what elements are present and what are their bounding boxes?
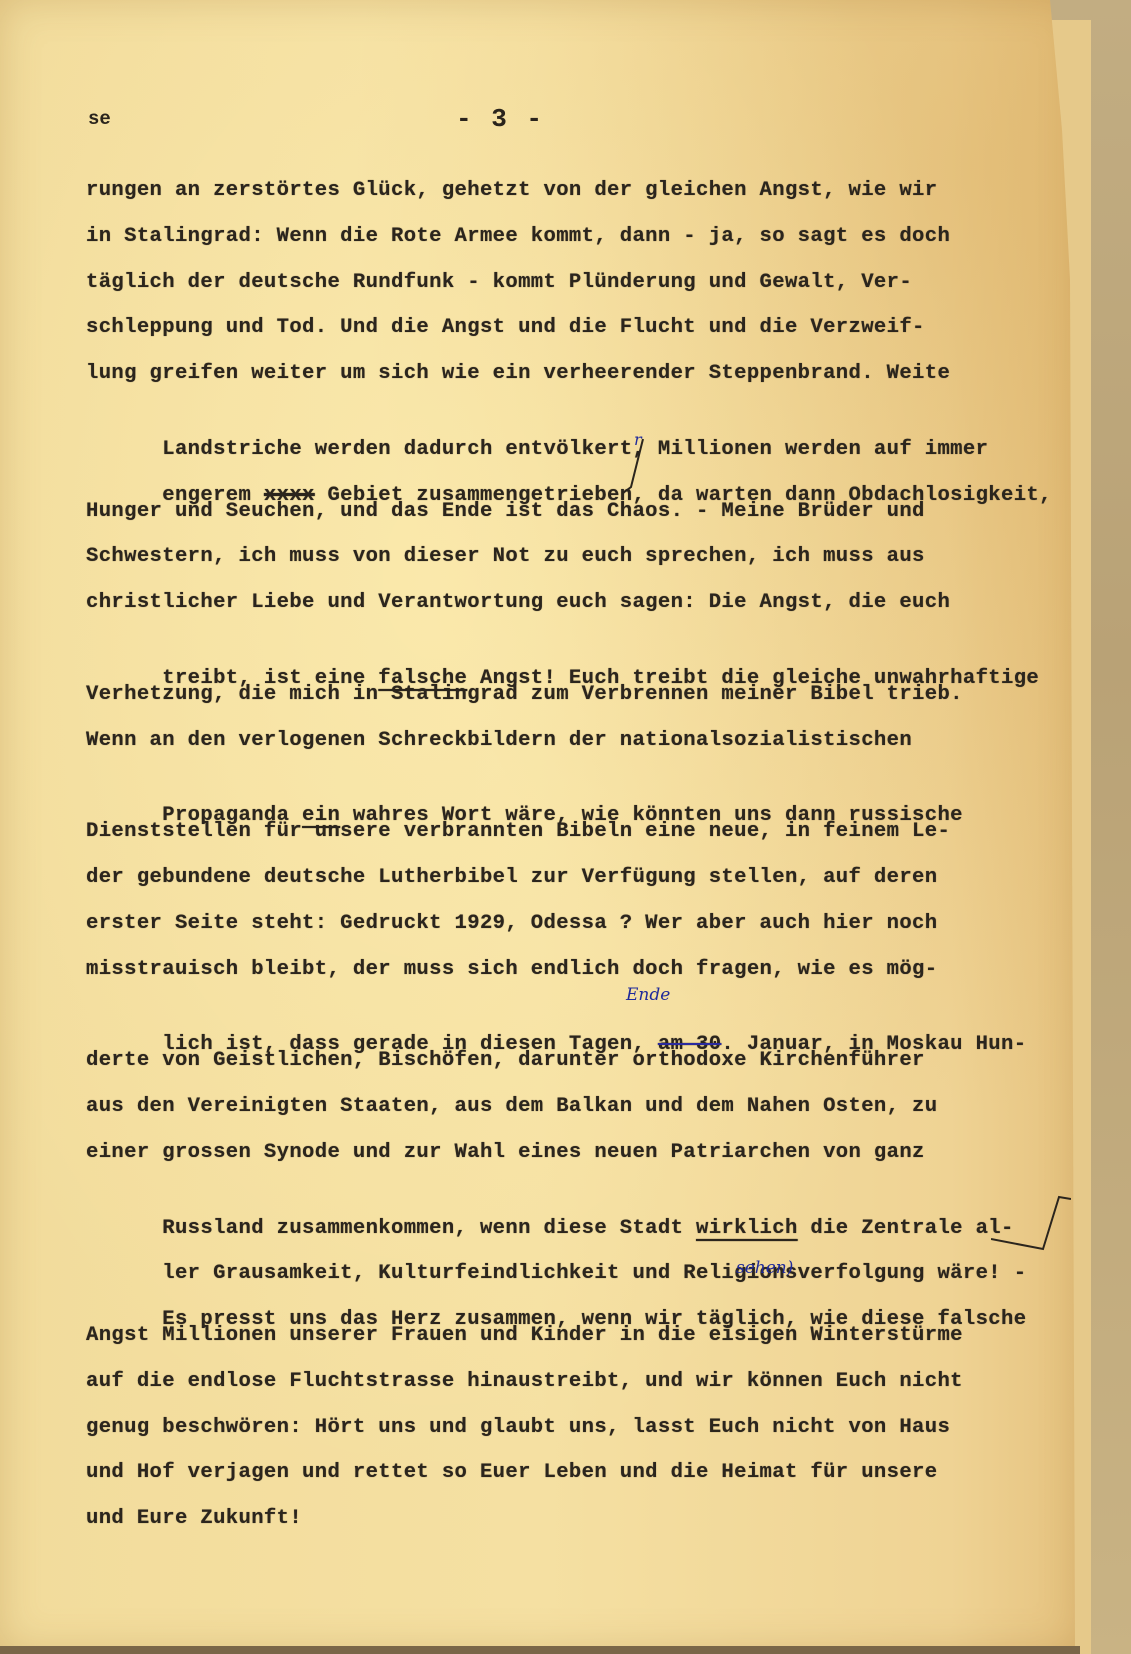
text-line: Schwestern, ich muss von dieser Not zu e… <box>86 542 1006 588</box>
text-line: Es presst uns das Herz zusammen, wenn wi… <box>86 1275 1006 1321</box>
handwritten-insertion-ende: Ende <box>626 980 670 1010</box>
text-line: Dienststellen für unsere verbrannten Bib… <box>86 817 1006 863</box>
text-line: Angst Millionen unserer Frauen und Kinde… <box>86 1321 1006 1367</box>
text-line: misstrauisch bleibt, der muss sich endli… <box>86 955 1006 1001</box>
page-bottom-edge <box>0 1646 1080 1654</box>
text-line: in Stalingrad: Wenn die Rote Armee kommt… <box>86 222 1006 268</box>
text-line: schleppung und Tod. Und die Angst und di… <box>86 313 1006 359</box>
text-line: täglich der deutsche Rundfunk - kommt Pl… <box>86 268 1006 314</box>
text-line: derte von Geistlichen, Bischöfen, darunt… <box>86 1046 1006 1092</box>
text-line: Verhetzung, die mich in Stalingrad zum V… <box>86 680 1006 726</box>
text-line: aus den Vereinigten Staaten, aus dem Bal… <box>86 1092 1006 1138</box>
text-line: einer grossen Synode und zur Wahl eines … <box>86 1138 1006 1184</box>
text-line: ler Grausamkeit, Kulturfeindlichkeit und… <box>86 1229 1006 1275</box>
author-initials: se <box>88 108 111 130</box>
text-line: Landstriche werden dadurch entvölkert, M… <box>86 405 1006 451</box>
text-line: Russland zusammenkommen, wenn diese Stad… <box>86 1184 1006 1230</box>
text-line: genug beschwören: Hört uns und glaubt un… <box>86 1413 1006 1459</box>
text-line: lung greifen weiter um sich wie ein verh… <box>86 359 1006 405</box>
text-line: Hunger und Seuchen, und das Ende ist das… <box>86 497 1006 543</box>
page-header: se - 3 - <box>88 108 988 138</box>
page-number: - 3 - <box>456 104 544 134</box>
handwritten-insertion-sehen: sehen) <box>736 1253 793 1283</box>
text-line: und Eure Zukunft! <box>86 1504 1006 1550</box>
text-line: lich ist, dass gerade in diesen Tagen, a… <box>86 1000 1006 1046</box>
text-line: auf die endlose Fluchtstrasse hinaustrei… <box>86 1367 1006 1413</box>
text-line: Wenn an den verlogenen Schreckbildern de… <box>86 726 1006 772</box>
text-line: christlicher Liebe und Verantwortung euc… <box>86 588 1006 634</box>
text-line: engerem xxxx Gebiet zusammengetrieben, d… <box>86 451 1006 497</box>
text-line: rungen an zerstörtes Glück, gehetzt von … <box>86 176 1006 222</box>
text-line: erster Seite steht: Gedruckt 1929, Odess… <box>86 909 1006 955</box>
text-line: treibt, ist eine falsche Angst! Euch tre… <box>86 634 1006 680</box>
text-line: Propaganda ein wahres Wort wäre, wie kön… <box>86 771 1006 817</box>
text-line: der gebundene deutsche Lutherbibel zur V… <box>86 863 1006 909</box>
typewritten-page: se - 3 - rungen an zerstörtes Glück, geh… <box>0 0 1080 1650</box>
body-text: rungen an zerstörtes Glück, gehetzt von … <box>86 176 1006 1550</box>
text-line: und Hof verjagen und rettet so Euer Lebe… <box>86 1458 1006 1504</box>
